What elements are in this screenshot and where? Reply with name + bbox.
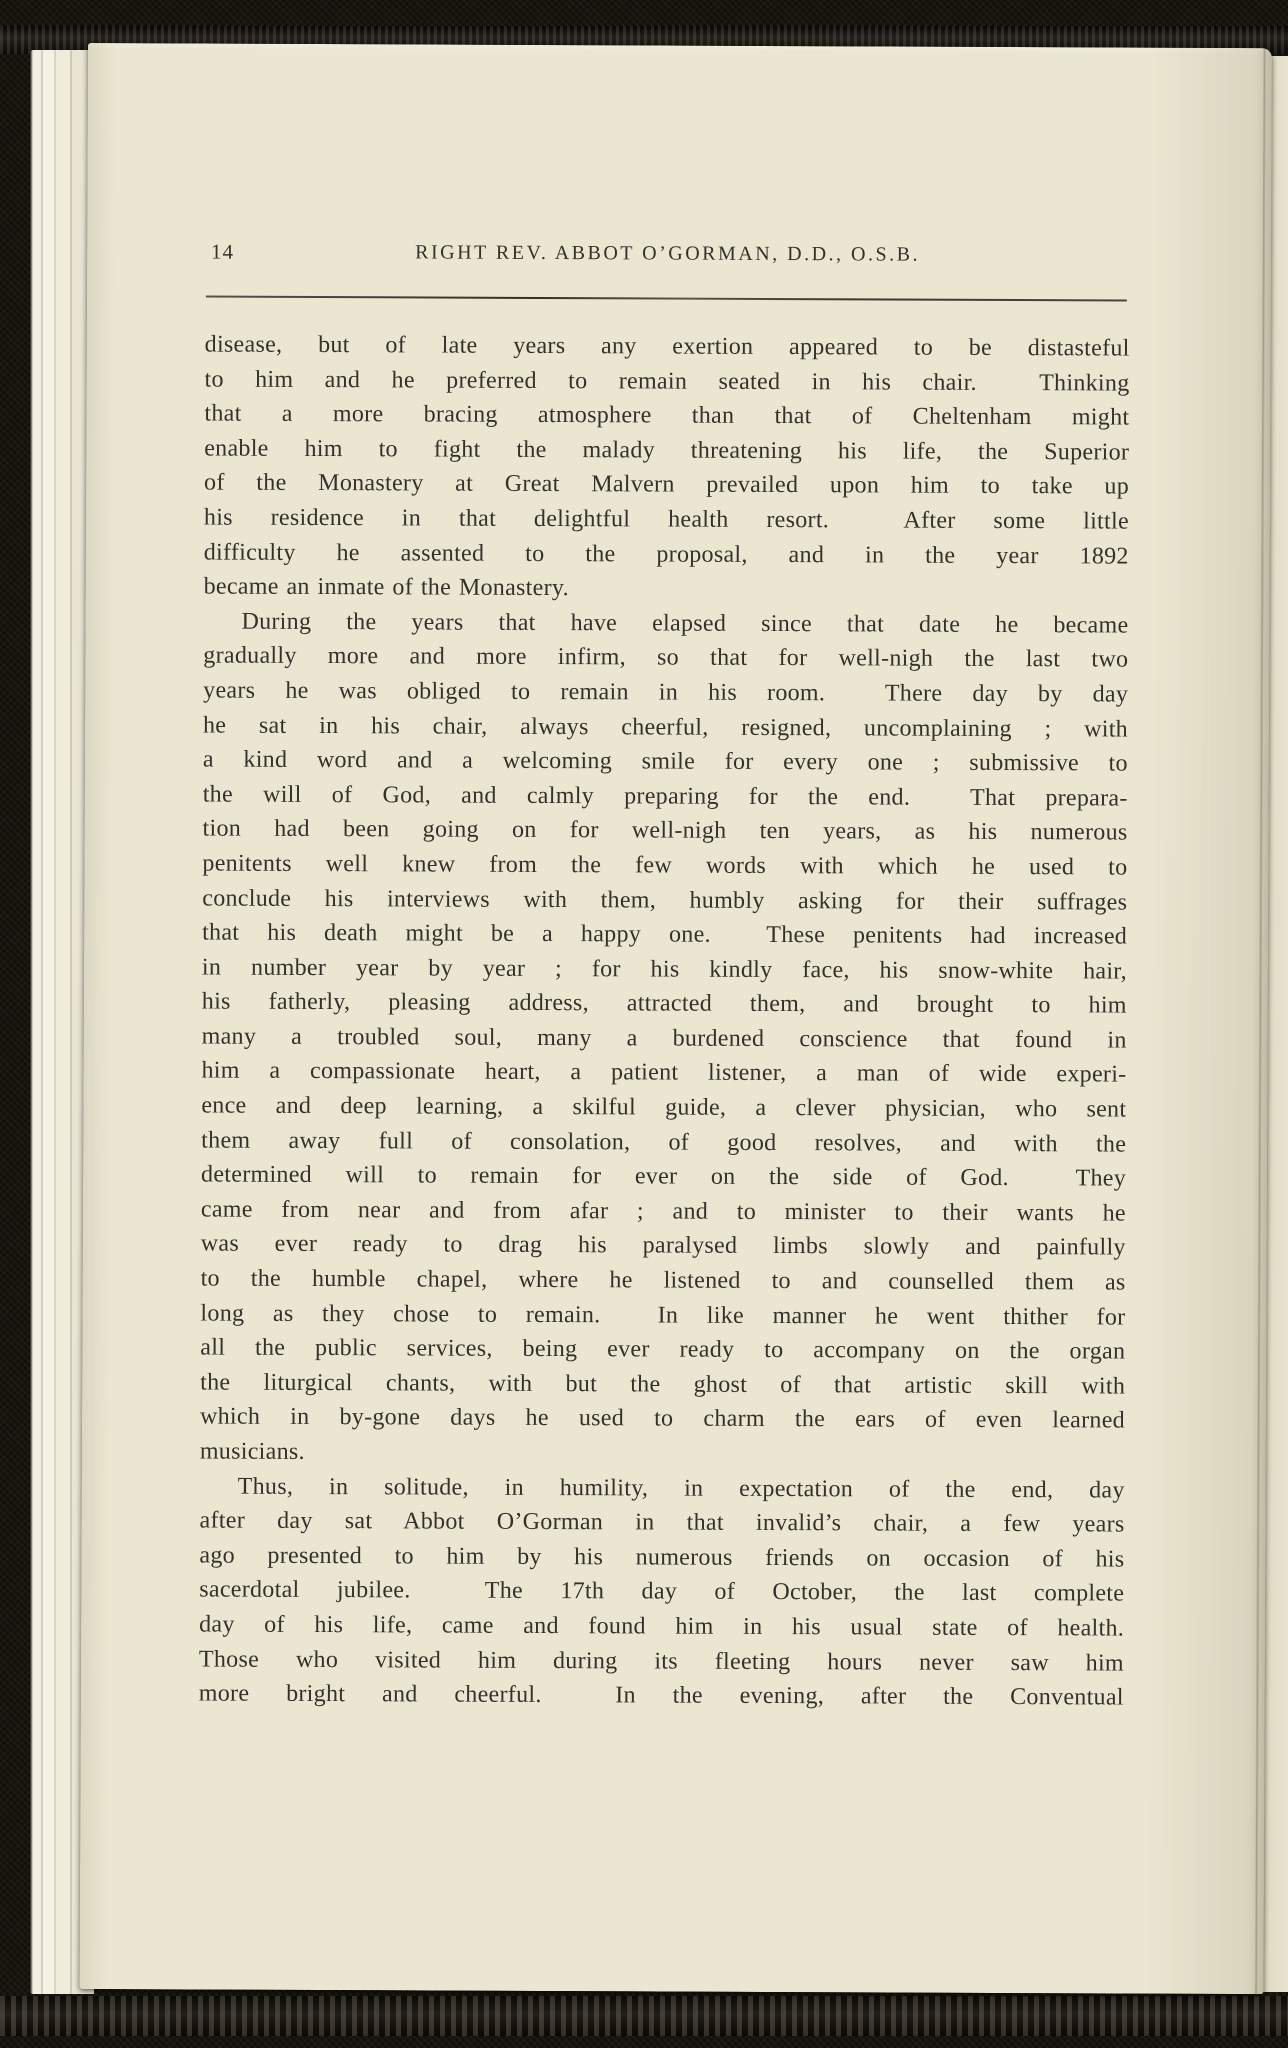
text-line: the will of God, and calmly preparing fo… <box>203 777 1128 816</box>
page-number: 14 <box>211 240 234 264</box>
book-photo-background: 14 RIGHT REV. ABBOT O’GORMAN, D.D., O.S.… <box>0 0 1288 2048</box>
book-page: 14 RIGHT REV. ABBOT O’GORMAN, D.D., O.S.… <box>80 43 1272 1994</box>
text-line: them away full of consolation, of good r… <box>201 1123 1126 1162</box>
text-line: all the public services, being ever read… <box>200 1331 1125 1370</box>
text-line: his fatherly, pleasing address, attracte… <box>202 985 1127 1024</box>
text-line: Thus, in solitude, in humility, in expec… <box>200 1469 1125 1508</box>
text-line: in number year by year ; for his kindly … <box>202 950 1127 989</box>
text-line: came from near and from afar ; and to mi… <box>201 1192 1126 1231</box>
text-line: him a compassionate heart, a patient lis… <box>201 1054 1126 1093</box>
text-line: conclude his interviews with them, humbl… <box>202 881 1127 920</box>
text-line: determined will to remain for ever on th… <box>201 1158 1126 1197</box>
text-line: a kind word and a welcoming smile for ev… <box>203 743 1128 782</box>
text-line: years he was obliged to remain in his ro… <box>203 673 1128 712</box>
running-header-row: 14 RIGHT REV. ABBOT O’GORMAN, D.D., O.S.… <box>205 240 1130 268</box>
text-line: sacerdotal jubilee. The 17th day of Octo… <box>199 1573 1124 1612</box>
text-line: tion had been going on for well-nigh ten… <box>202 812 1127 851</box>
text-line: to the humble chapel, where he listened … <box>201 1262 1126 1301</box>
text-line: enable him to fight the malady threateni… <box>204 431 1129 470</box>
cover-edge-bottom <box>0 1996 1288 2036</box>
text-line: difficulty he assented to the proposal, … <box>204 535 1129 574</box>
text-line: after day sat Abbot O’Gorman in that inv… <box>199 1504 1124 1543</box>
text-line: penitents well knew from the few words w… <box>202 846 1127 885</box>
text-line: that a more bracing atmosphere than that… <box>204 397 1129 436</box>
text-line: ence and deep learning, a skilful guide,… <box>201 1089 1126 1128</box>
text-line: which in by-gone days he used to charm t… <box>200 1400 1125 1439</box>
text-line: During the years that have elapsed since… <box>203 604 1128 643</box>
running-header: RIGHT REV. ABBOT O’GORMAN, D.D., O.S.B. <box>205 240 1130 268</box>
text-line: long as they chose to remain. In like ma… <box>200 1296 1125 1335</box>
header-rule <box>206 296 1127 302</box>
text-line: gradually more and more infirm, so that … <box>203 639 1128 678</box>
text-line: ago presented to him by his numerous fri… <box>199 1538 1124 1577</box>
text-line: disease, but of late years any exertion … <box>205 328 1130 367</box>
text-line: to him and he preferred to remain seated… <box>204 362 1129 401</box>
page-body-text: disease, but of late years any exertion … <box>199 328 1130 1716</box>
text-line: musicians. <box>200 1435 1125 1474</box>
text-line: Those who visited him during its fleetin… <box>199 1642 1124 1681</box>
text-line: the liturgical chants, with but the ghos… <box>200 1365 1125 1404</box>
text-line: was ever ready to drag his paralysed lim… <box>201 1227 1126 1266</box>
text-line: he sat in his chair, always cheerful, re… <box>203 708 1128 747</box>
text-line: his residence in that delightful health … <box>204 500 1129 539</box>
text-line: many a troubled soul, many a burdened co… <box>202 1019 1127 1058</box>
text-line: day of his life, came and found him in h… <box>199 1607 1124 1646</box>
text-line: that his death might be a happy one. The… <box>202 916 1127 955</box>
text-line: became an inmate of the Monastery. <box>204 570 1129 609</box>
text-line: more bright and cheerful. In the evening… <box>199 1677 1124 1716</box>
text-line: of the Monastery at Great Malvern prevai… <box>204 466 1129 505</box>
